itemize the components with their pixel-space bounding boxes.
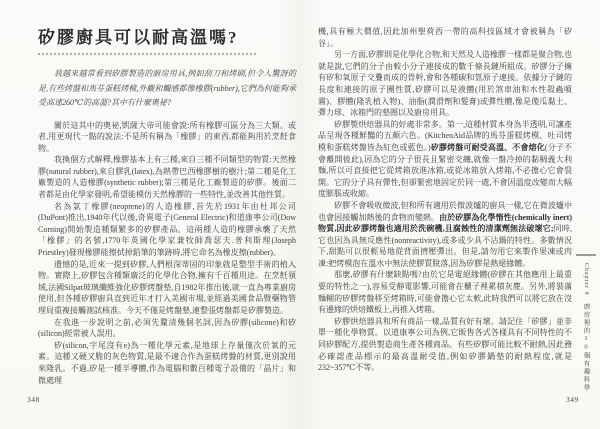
paragraph-text: 另一方面,矽膠則是化學化合物,和天然及人造橡膠一樣都是聚合物,也就是說,它們的分… — [318, 50, 572, 117]
title-dotted-rule — [38, 53, 256, 55]
right-page: 機,具有極大價值,因此加州聖荷西一帶的高科技區域才會被稱為「矽谷」。 另一方面,… — [318, 26, 572, 374]
chapter-tab-rule — [576, 254, 596, 256]
paragraph-text: 那麼,矽膠有什麼缺點嗎?由於它是電絕緣體(矽膠在其他應用上最重要的特性之一),容… — [318, 270, 572, 314]
page-number-right: 349 — [566, 395, 579, 404]
paragraph-text: 我換個方式解釋,橡膠基本上有三種,來自三種不同類型的物質:天然橡膠(natura… — [38, 155, 296, 199]
paragraph: 矽膠烘焙器具和所有商品一樣,品質有好有壞。請記住「矽膠」並非單一種化學物質。以道… — [318, 316, 572, 374]
intro-question: 我越來越常看到矽膠製造的廚房用具,例如刮刀和烤刷,但令人驚訝的是,有些烤盤和馬芬… — [38, 67, 296, 111]
paragraph-text: 在我進一步說明之前,必須先釐清幾個名詞,因為矽膠(silicone)和矽(sil… — [38, 318, 296, 339]
paragraph-bold-text: 矽膠烤盤可耐受高溫、不會熔化 — [431, 143, 545, 152]
paragraph: 遺憾的是,近來一提到矽膠,人們根深蒂固的印象就是整型手術的植入物。實際上,矽膠包… — [38, 259, 296, 317]
chapter-side-tab: Chapter 9 廚房裡的10個有趣科學 — [576, 254, 596, 392]
paragraph: 矽(silicon,字尾沒有e)為一種化學元素,是地球上存量僅次於氧的元素。這種… — [38, 340, 296, 386]
page-number-left: 348 — [27, 395, 40, 404]
paragraph-text: 矽膠烘焙器具和所有商品一樣,品質有好有壞。請記住「矽膠」並非單一種化學物質。以道… — [318, 317, 572, 372]
paragraph-text: 矽(silicon,字尾沒有e)為一種化學元素,是地球上存量僅次於氧的元素。這種… — [38, 341, 296, 385]
paragraph: 機,具有極大價值,因此加州聖荷西一帶的高科技區域才會被稱為「矽谷」。 — [318, 26, 572, 49]
paragraph: 矽膠不會吸收微波,但和所有適用於微波爐的廚具一樣,它在微波爐中也會因接觸加熱後的… — [318, 200, 572, 270]
paragraph-text: 名為氯丁橡膠(neoprene)的人造橡膠,首先於1931年由杜邦公司(DuPo… — [38, 202, 296, 257]
section-title: 矽膠廚具可以耐高溫嗎? — [38, 28, 296, 48]
chapter-title: 廚房裡的10個有趣科學 — [582, 303, 591, 392]
paragraph-text: 機,具有極大價值,因此加州聖荷西一帶的高科技區域才會被稱為「矽谷」。 — [318, 27, 572, 48]
paragraph: 關於這其中的奧祕,凱薩大帝可能會說:所有橡膠可區分為三大類。或者,用更現代一點的… — [38, 120, 296, 155]
paragraph: 我換個方式解釋,橡膠基本上有三種,來自三種不同類型的物質:天然橡膠(natura… — [38, 154, 296, 200]
paragraph: 矽膠製烘焙器具的好處非常多。第一,這種材質本身為半透明,可讓產品呈現各種鮮豔的五… — [318, 119, 572, 200]
paragraph: 在我進一步說明之前,必須先釐清幾個名詞,因為矽膠(silicone)和矽(sil… — [38, 317, 296, 340]
paragraph-text: 遺憾的是,近來一提到矽膠,人們根深蒂固的印象就是整型手術的植入物。實際上,矽膠包… — [38, 260, 296, 315]
paragraph: 名為氯丁橡膠(neoprene)的人造橡膠,首先於1931年由杜邦公司(DuPo… — [38, 201, 296, 259]
left-page: 矽膠廚具可以耐高溫嗎? 我越來越常看到矽膠製造的廚房用具,例如刮刀和烤刷,但令人… — [38, 28, 296, 386]
paragraph: 那麼,矽膠有什麼缺點嗎?由於它是電絕緣體(矽膠在其他應用上最重要的特性之一),容… — [318, 269, 572, 315]
chapter-label: Chapter 9 — [583, 263, 589, 296]
book-spread: 矽膠廚具可以耐高溫嗎? 我越來越常看到矽膠製造的廚房用具,例如刮刀和烤刷,但令人… — [0, 0, 600, 429]
paragraph-text: 關於這其中的奧祕,凱薩大帝可能會說:所有橡膠可區分為三大類。或者,用更現代一點的… — [38, 121, 296, 153]
paragraph: 另一方面,矽膠則是化學化合物,和天然及人造橡膠一樣都是聚合物,也就是說,它們的分… — [318, 49, 572, 119]
